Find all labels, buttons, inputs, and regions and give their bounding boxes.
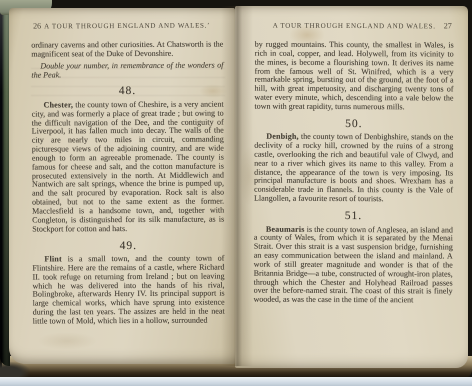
section-heading: 50.: [254, 117, 453, 130]
section-paragraph: Denbigh, the county town of Denbighshire…: [254, 133, 453, 205]
paragraph-continuation: ordinary caverns and other curiosities. …: [31, 40, 223, 59]
running-head: A TOUR THROUGH ENGLAND AND WALES. 27: [255, 22, 454, 31]
section-heading: 51.: [254, 210, 453, 223]
section-lead-word: Chester,: [44, 100, 74, 109]
paragraph-continuation: by rugged mountains. This county, the sm…: [254, 41, 453, 113]
section-text: the county town of Denbighshire, stands …: [254, 132, 453, 203]
page-left: 26 A TOUR THROUGH ENGLAND AND WALES.’ or…: [9, 8, 235, 364]
book-scan: 26 A TOUR THROUGH ENGLAND AND WALES.’ or…: [0, 0, 472, 386]
running-head: 26 A TOUR THROUGH ENGLAND AND WALES.’: [31, 21, 223, 30]
section-text: the county town of Cheshire, is a very a…: [32, 99, 225, 233]
section-heading: 49.: [32, 239, 224, 252]
running-title: A TOUR THROUGH ENGLAND AND WALES.’: [44, 22, 210, 31]
page-number: 26: [33, 21, 41, 30]
running-title: A TOUR THROUGH ENGLAND AND WALES.: [273, 22, 436, 31]
section-heading: 48.: [31, 85, 223, 98]
section-paragraph: Flint is a small town, and the county to…: [32, 254, 224, 326]
section-text: is a small town, and the county town of …: [32, 253, 224, 325]
section-lead-word: Flint: [44, 254, 62, 263]
section-paragraph: Beaumaris is the county town of Anglesea…: [254, 225, 453, 305]
section-paragraph: Chester, the county town of Cheshire, is…: [32, 100, 225, 234]
section-text: is the county town of Anglesea, an islan…: [254, 224, 453, 304]
page-number: 27: [444, 21, 452, 30]
section-lead-word: Denbigh,: [266, 132, 299, 141]
section-lead-word: Beaumaris: [266, 224, 305, 233]
motto-line: Double your number, in remembrance of th…: [31, 61, 223, 80]
page-right: A TOUR THROUGH ENGLAND AND WALES. 27 by …: [235, 6, 468, 368]
